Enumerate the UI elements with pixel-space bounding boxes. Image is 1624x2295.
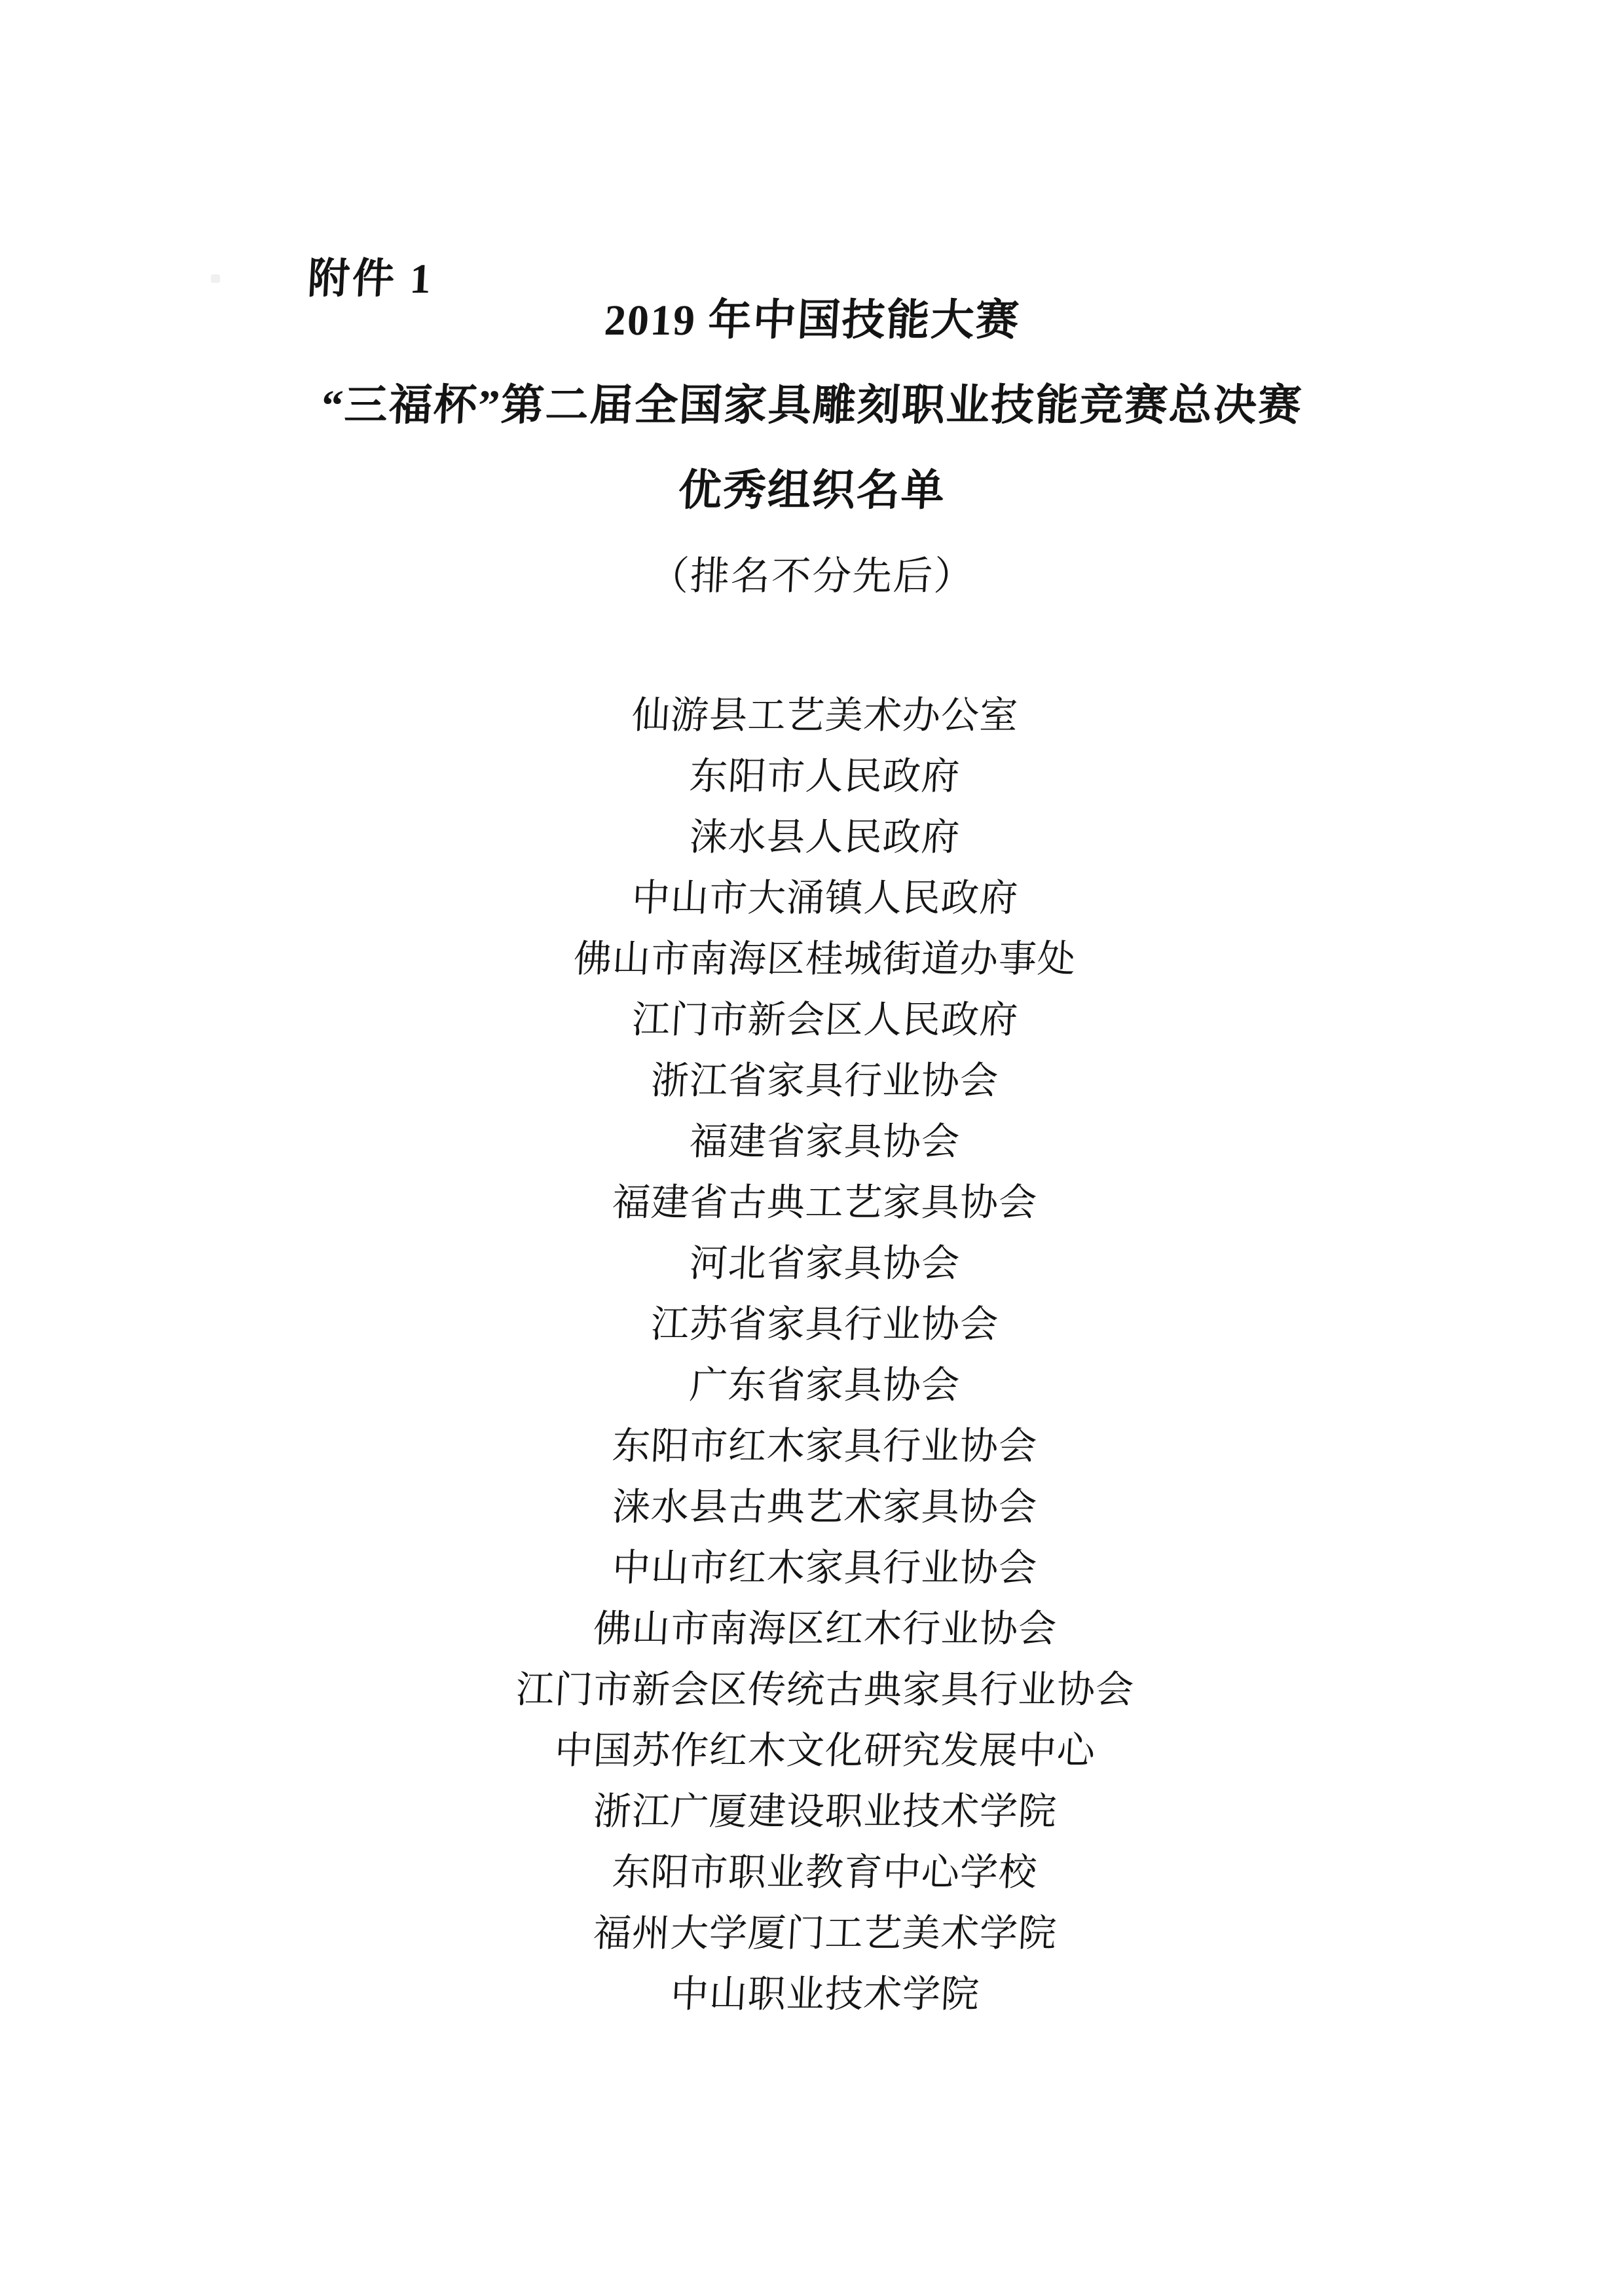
list-item: 江苏省家具行业协会 [13, 1294, 1624, 1355]
list-item: 仙游县工艺美术办公室 [13, 685, 1624, 746]
document-title-line-2: “三福杯”第二届全国家具雕刻职业技能竞赛总决赛 [0, 363, 1624, 449]
list-item: 浙江广厦建设职业技术学院 [13, 1781, 1624, 1842]
list-item: 江门市新会区人民政府 [13, 989, 1624, 1050]
document-title-line-1: 2019 年中国技能大赛 [0, 278, 1624, 363]
document-title-line-3: 优秀组织名单 [0, 449, 1624, 534]
list-item: 福州大学厦门工艺美术学院 [13, 1903, 1624, 1964]
document-page: 附件 1 2019 年中国技能大赛 “三福杯”第二届全国家具雕刻职业技能竞赛总决… [0, 0, 1624, 2295]
list-item: 中山市红木家具行业协会 [13, 1537, 1624, 1598]
list-item: 涞水县古典艺术家具协会 [13, 1477, 1624, 1537]
title-block: 2019 年中国技能大赛 “三福杯”第二届全国家具雕刻职业技能竞赛总决赛 优秀组… [0, 278, 1624, 619]
list-item: 佛山市南海区红木行业协会 [13, 1598, 1624, 1659]
list-item: 浙江省家具行业协会 [13, 1050, 1624, 1111]
list-item: 河北省家具协会 [13, 1233, 1624, 1294]
list-item: 广东省家具协会 [13, 1355, 1624, 1416]
list-item: 东阳市人民政府 [13, 746, 1624, 807]
list-item: 福建省古典工艺家具协会 [13, 1172, 1624, 1233]
document-subtitle: （排名不分先后） [0, 534, 1624, 619]
list-item: 涞水县人民政府 [13, 807, 1624, 868]
list-item: 江门市新会区传统古典家具行业协会 [13, 1659, 1624, 1720]
list-item: 东阳市职业教育中心学校 [13, 1842, 1624, 1903]
list-item: 福建省家具协会 [13, 1111, 1624, 1172]
list-item: 中国苏作红木文化研究发展中心 [13, 1720, 1624, 1781]
list-item: 东阳市红木家具行业协会 [13, 1416, 1624, 1477]
organization-list: 仙游县工艺美术办公室 东阳市人民政府 涞水县人民政府 中山市大涌镇人民政府 佛山… [13, 685, 1624, 2025]
list-item: 佛山市南海区桂城街道办事处 [13, 928, 1624, 989]
list-item: 中山职业技术学院 [13, 1964, 1624, 2025]
list-item: 中山市大涌镇人民政府 [13, 868, 1624, 928]
